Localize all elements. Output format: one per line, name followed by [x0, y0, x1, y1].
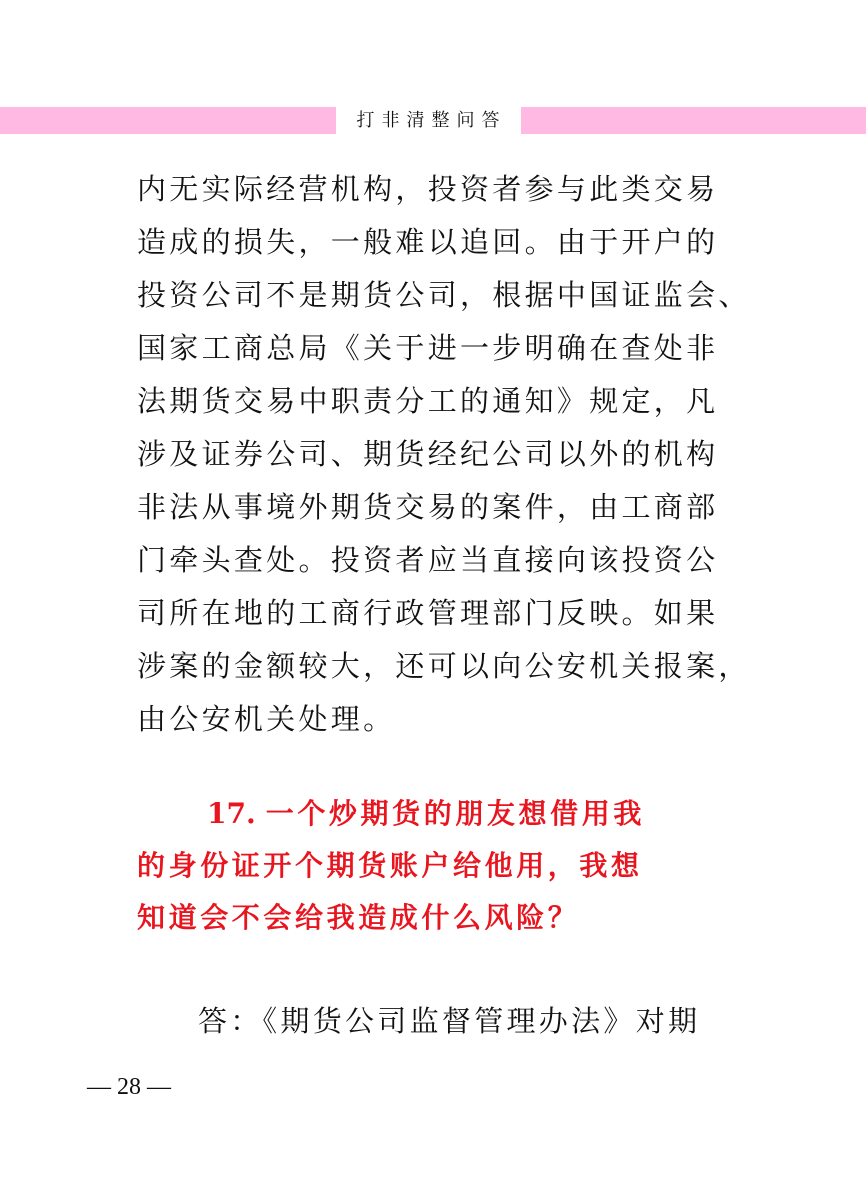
body-line: 由公安机关处理。	[137, 694, 727, 747]
body-line: 涉案的金额较大，还可以向公安机关报案，	[137, 641, 727, 694]
body-line: 法期货交易中职责分工的通知》规定，凡	[137, 376, 727, 429]
running-header-title: 打非清整问答	[336, 107, 521, 134]
question-number: 17.	[207, 797, 256, 830]
header-band-left	[0, 107, 336, 134]
body-line: 门牵头查处。投资者应当直接向该投资公	[137, 535, 727, 588]
body-line: 国家工商总局《关于进一步明确在查处非	[137, 323, 727, 376]
answer-paragraph: 答：《期货公司监督管理办法》对期	[198, 996, 738, 1046]
body-paragraph: 内无实际经营机构，投资者参与此类交易 造成的损失，一般难以追回。由于开户的 投资…	[137, 164, 727, 747]
question-line: 17.一个炒期货的朋友想借用我	[137, 789, 737, 841]
question-text: 一个炒期货的朋友想借用我	[266, 797, 645, 830]
body-line: 司所在地的工商行政管理部门反映。如果	[137, 588, 727, 641]
page-number: — 28 —	[87, 1072, 171, 1102]
question-line: 知道会不会给我造成什么风险？	[137, 893, 737, 945]
header-band-right	[521, 107, 866, 134]
running-header: 打非清整问答	[0, 107, 866, 134]
question-line: 的身份证开个期货账户给他用，我想	[137, 841, 737, 893]
body-line: 内无实际经营机构，投资者参与此类交易	[137, 164, 727, 217]
body-line: 非法从事境外期货交易的案件，由工商部	[137, 482, 727, 535]
body-line: 投资公司不是期货公司，根据中国证监会、	[137, 270, 727, 323]
question-heading: 17.一个炒期货的朋友想借用我 的身份证开个期货账户给他用，我想 知道会不会给我…	[137, 789, 737, 945]
body-line: 涉及证券公司、期货经纪公司以外的机构	[137, 429, 727, 482]
body-line: 造成的损失，一般难以追回。由于开户的	[137, 217, 727, 270]
